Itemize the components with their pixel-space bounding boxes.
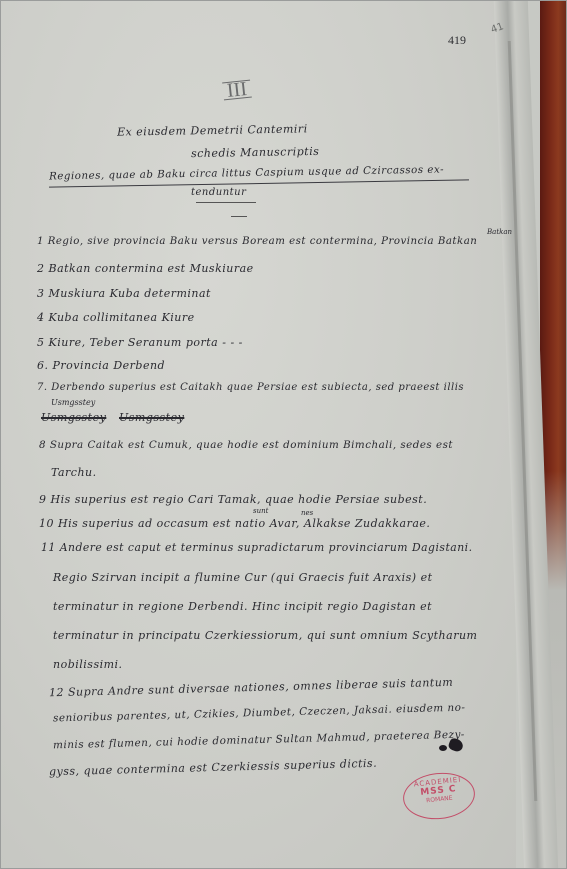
section-numeral: III (222, 80, 252, 101)
entry-11-line-2: Regio Szirvan incipit a flumine Cur (qui… (53, 571, 433, 584)
separator-dash (231, 216, 247, 217)
entry-1-insertion: Batkan (487, 228, 512, 236)
entry-1: 1 Regio, sive provincia Baku versus Bore… (37, 236, 477, 247)
entry-2: 2 Batkan contermina est Muskiurae (37, 262, 254, 275)
entry-7-struck-word-1: Usmgsstey (41, 411, 106, 424)
entry-11-line-3: terminatur in regione Derbendi. Hinc inc… (53, 600, 432, 613)
entry-4: 4 Kuba collimitanea Kiure (37, 311, 195, 324)
document-frame: 419 41 III Ex eiusdem Demetrii Cantemiri… (0, 0, 567, 869)
entry-7: 7. Derbendo superius est Caitakh quae Pe… (37, 382, 464, 393)
entry-11-line-4: terminatur in principatu Czerkiessiorum,… (53, 629, 477, 642)
entry-7-insertion: Usmgsstey (51, 398, 95, 407)
entry-8-continuation: Tarchu. (51, 466, 97, 479)
entry-8: 8 Supra Caitak est Cumuk, quae hodie est… (39, 439, 453, 451)
ink-blot-small (439, 745, 447, 751)
entry-3: 3 Muskiura Kuba determinat (37, 287, 211, 300)
entry-7-struck-word-2: Usmgsstey (119, 411, 184, 424)
title-underline-2 (196, 202, 256, 203)
folio-number: 419 (448, 33, 466, 48)
entry-10: 10 His superius ad occasum est natio Ava… (39, 517, 430, 530)
entry-10-insertion-sunt: sunt (253, 507, 268, 515)
entry-11: 11 Andere est caput et terminus supradic… (41, 541, 473, 554)
entry-5: 5 Kiure, Teber Seranum porta - - - (37, 336, 243, 349)
entry-9: 9 His superius est regio Cari Tamak, qua… (39, 493, 427, 506)
title-line-2: tenduntur (191, 187, 246, 198)
entry-10-insertion-nes: nes (301, 509, 313, 517)
heading-line-2: schedis Manuscriptis (191, 145, 320, 160)
entry-6: 6. Provincia Derbend (37, 359, 165, 372)
entry-11-line-5: nobilissimi. (53, 658, 123, 671)
